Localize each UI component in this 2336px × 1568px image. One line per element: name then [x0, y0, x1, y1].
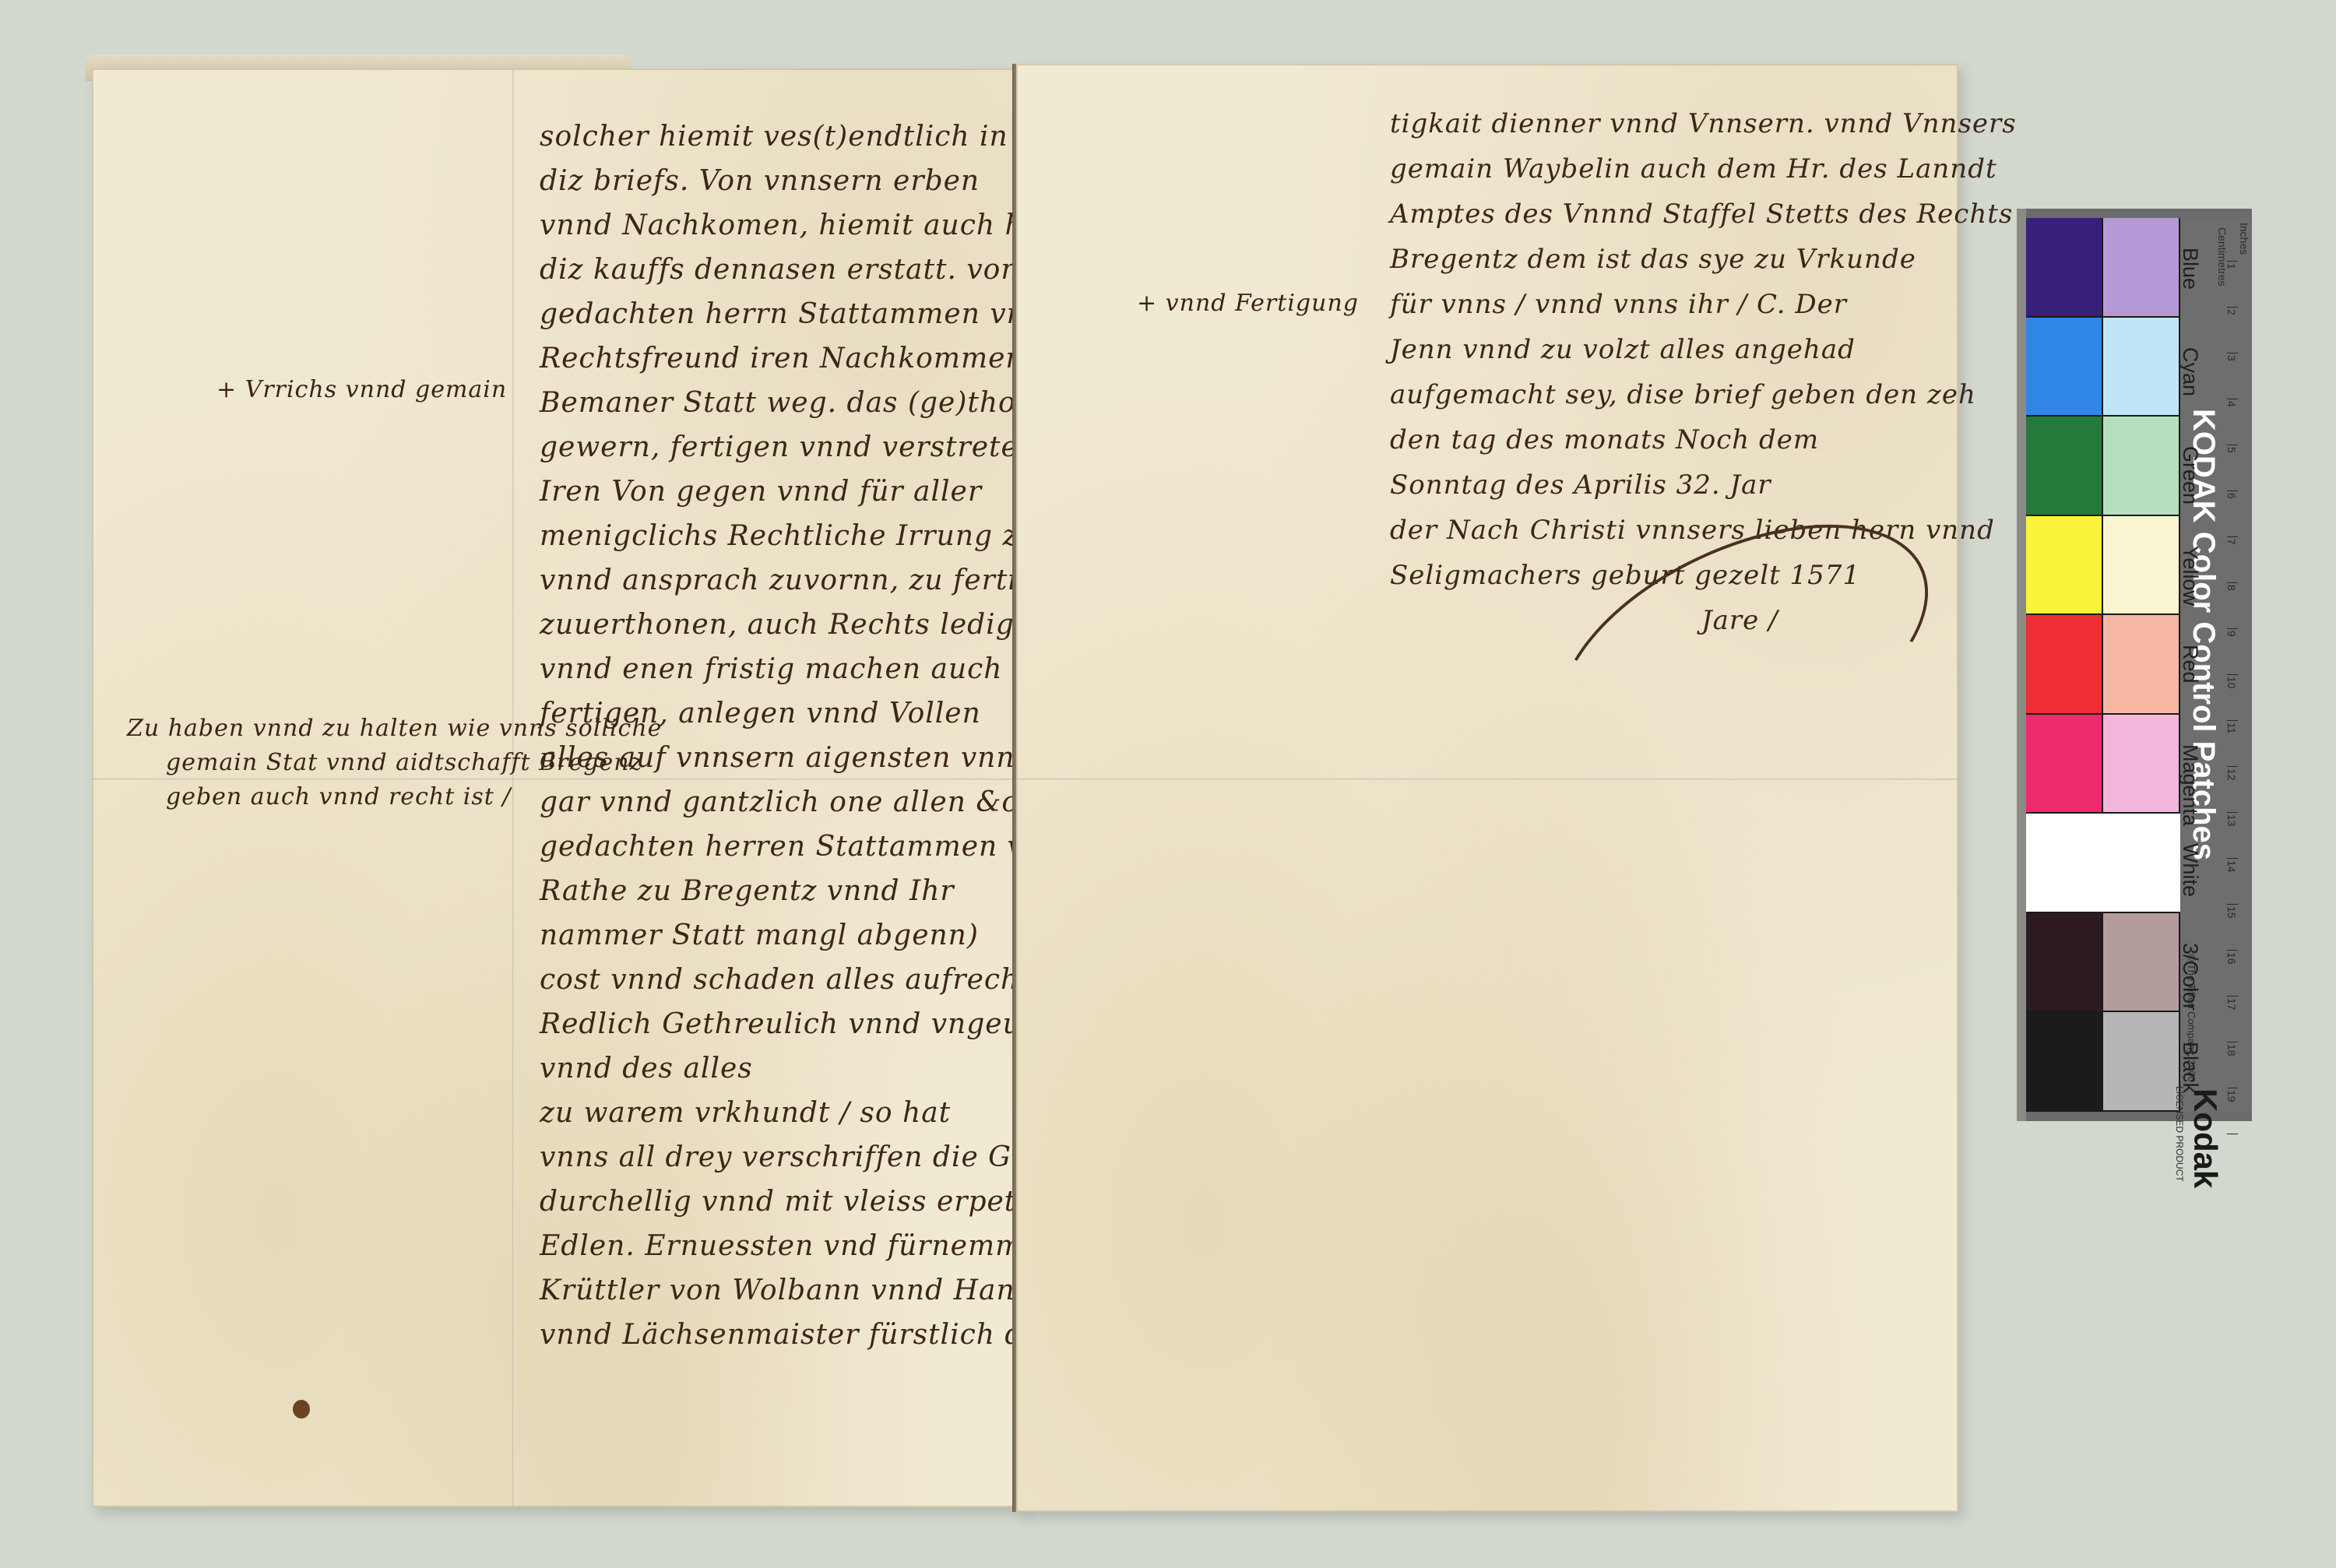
ruler-tick: [2227, 720, 2238, 721]
manuscript-line: Rathe zu Bregentz vnnd Ihr: [540, 877, 955, 905]
cm-tick-label: 17: [2225, 998, 2238, 1011]
manuscript-right-page: + vnnd Fertigungtigkait dienner vnnd Vnn…: [1016, 64, 1958, 1512]
chart-edge: [2017, 209, 2026, 1121]
ruler-tick: [2227, 812, 2238, 813]
manuscript-line: vnnd des alles: [540, 1055, 753, 1083]
manuscript-line: gewern, fertigen vnnd verstreten: [540, 434, 1007, 462]
manuscript-line: diz briefs. Von vnnsern erben: [540, 167, 980, 195]
cm-tick-label: 4: [2225, 401, 2238, 407]
manuscript-line: Sonntag des Aprilis 32. Jar: [1390, 472, 1771, 498]
manuscript-line: Bregentz dem ist das sye zu Vrkunde: [1390, 246, 1916, 272]
manuscript-line: zuuerthonen, auch Rechts ledig: [540, 611, 1007, 639]
manuscript-line: Bemaner Statt weg. das (ge)thon: [540, 389, 1007, 417]
manuscript-line: aufgemacht sey, dise brief geben den zeh: [1390, 381, 1976, 408]
manuscript-line: gedachten herrn Stattammen vnnd: [540, 301, 1007, 329]
ruler-tick: [2227, 582, 2238, 583]
inches-label: Inches: [2238, 223, 2250, 255]
manuscript-line: tigkait dienner vnnd Vnnsern. vnnd Vnnse…: [1390, 111, 2017, 137]
manuscript-line: Redlich Gethreulich vnnd vngeuerlich: [540, 1011, 1007, 1039]
color-label: White: [2178, 843, 2202, 897]
patch-black-light: [2103, 1012, 2180, 1110]
chart-label-strip: Inches Centimetres KODAK Color Control P…: [2180, 218, 2252, 1112]
color-patches: [2026, 218, 2180, 1112]
ruler-tick: [2227, 996, 2238, 997]
cm-tick-label: 18: [2225, 1044, 2238, 1056]
patch-row-white: [2026, 814, 2180, 913]
color-label: 3/Color: [2178, 943, 2202, 1011]
manuscript-line: für vnns / vnnd vnns ihr / C. Der: [1390, 291, 1847, 318]
manuscript-line: Edlen. Ernuessten vnd fürnemmen Ulrich: [540, 1232, 1007, 1260]
manuscript-line: menigclichs Rechtliche Irrung zu: [540, 522, 1007, 550]
ruler-tick: [2227, 307, 2238, 308]
kodak-color-control-chart: Inches Centimetres KODAK Color Control P…: [2017, 209, 2252, 1121]
manuscript-line: den tag des monats Noch dem: [1390, 427, 1819, 453]
ruler-tick: [2227, 1088, 2238, 1088]
cm-tick-label: 11: [2225, 722, 2238, 734]
manuscript-line: gar vnnd gantzlich one allen &c.: [540, 789, 1007, 817]
cm-tick-label: 3: [2225, 355, 2238, 361]
cm-tick-label: 12: [2225, 768, 2238, 781]
manuscript-line: vnnd enen fristig machen auch: [540, 656, 1003, 684]
manuscript-line: Rechtsfreund iren Nachkommen der: [540, 345, 1007, 373]
ruler-tick: [2227, 353, 2238, 353]
patch-magenta-light: [2103, 715, 2180, 813]
ruler-tick: [2227, 1042, 2238, 1042]
cm-tick-label: 2: [2225, 309, 2238, 315]
ink-stain: [293, 1400, 310, 1419]
manuscript-line: diz kauffs dennasen erstatt. von: [540, 256, 1007, 284]
patch-yellow-light: [2103, 516, 2180, 614]
manuscript-line: cost vnnd schaden alles aufrecht: [540, 966, 1007, 994]
cm-tick-label: 6: [2225, 493, 2238, 499]
patch-row-black: [2026, 1012, 2180, 1112]
manuscript-line: vnns all drey verschriffen die Gaisberg: [540, 1144, 1007, 1172]
patch-row-green: [2026, 417, 2180, 516]
patch-row-3-color: [2026, 913, 2180, 1013]
ruler-tick: [2227, 766, 2238, 767]
ruler-tick: [2227, 674, 2238, 675]
manuscript-line: der Nach Christi vnnsers lieben hern vnn…: [1390, 517, 1995, 543]
cm-tick-label: 9: [2225, 631, 2238, 637]
cm-tick-label: 15: [2225, 906, 2238, 919]
manuscript-line: vnnd Lächsenmaister fürstlich durchlauch: [540, 1321, 1007, 1349]
vertical-fold-line: [512, 69, 515, 1507]
manuscript-line: Amptes des Vnnnd Staffel Stetts des Rech…: [1390, 201, 2013, 227]
cm-tick-label: 19: [2225, 1090, 2238, 1102]
patch-magenta-dark: [2026, 715, 2103, 813]
color-label: Black: [2178, 1042, 2202, 1093]
color-label: Green: [2178, 446, 2202, 505]
color-label: Red: [2178, 645, 2202, 684]
licensed-product-label: LICENSED PRODUCT: [2174, 1086, 2185, 1182]
manuscript-line: zu warem vrkhundt / so hat: [540, 1099, 951, 1127]
manuscript-line: fertigen, anlegen vnnd Vollen: [540, 700, 981, 728]
patch-green-light: [2103, 417, 2180, 515]
margin-note: + vnnd Fertigung: [1137, 290, 1359, 317]
patch-blue-dark: [2026, 218, 2103, 316]
manuscript-line: nammer Statt mangl abgenn): [540, 922, 979, 950]
manuscript-line: gedachten herren Stattammen vnd: [540, 833, 1007, 861]
patch-green-dark: [2026, 417, 2103, 515]
cm-tick-label: 14: [2225, 860, 2238, 873]
patch-row-cyan: [2026, 318, 2180, 417]
ruler-tick: [2227, 490, 2238, 491]
centimetres-label: Centimetres: [2216, 227, 2229, 286]
patch-yellow-dark: [2026, 516, 2103, 614]
patch-row-blue: [2026, 218, 2180, 318]
manuscript-line: gemain Waybelin auch dem Hr. des Lanndt: [1390, 156, 1997, 182]
kodak-logo: Kodak: [2186, 1088, 2224, 1188]
ruler-tick: [2227, 261, 2238, 262]
ruler-tick: [2227, 904, 2238, 905]
ruler-tick: [2227, 858, 2238, 859]
ruler-tick: [2227, 445, 2238, 445]
ruler-tick: [2227, 950, 2238, 951]
ruler-tick: [2227, 628, 2238, 629]
patch-red-light: [2103, 615, 2180, 713]
manuscript-line: Iren Von gegen vnnd für aller: [540, 478, 982, 506]
patch-white: [2026, 814, 2180, 912]
patch-red-dark: [2026, 615, 2103, 713]
cm-tick-label: 16: [2225, 952, 2238, 965]
margin-note-line: geben auch vnnd recht ist /: [166, 783, 511, 810]
horizontal-fold-line: [1016, 779, 1958, 781]
cm-tick-label: 7: [2225, 539, 2238, 545]
patch-row-yellow: [2026, 516, 2180, 616]
manuscript-line: vnnd ansprach zuvornn, zu fertig: [540, 567, 1007, 595]
patch-black-dark: [2026, 1012, 2103, 1110]
color-label: Blue: [2178, 248, 2202, 290]
patch-3-color-light: [2103, 913, 2180, 1011]
cm-tick-label: 10: [2225, 677, 2238, 689]
patch-row-red: [2026, 615, 2180, 715]
horizontal-fold-line: [92, 779, 1022, 781]
manuscript-line: alles auf vnnsern aigensten vnnd: [540, 744, 1007, 772]
patch-3-color-dark: [2026, 913, 2103, 1011]
manuscript-line: vnnd Nachkomen, hiemit auch hierauff: [540, 212, 1007, 240]
color-label: Magenta: [2178, 744, 2202, 826]
color-label: Cyan: [2178, 347, 2202, 396]
patch-blue-light: [2103, 218, 2180, 316]
manuscript-left-page: + Vrrichs vnnd gemainZu haben vnnd zu ha…: [92, 69, 1022, 1507]
cm-tick-label: 8: [2225, 585, 2238, 591]
cm-tick-label: 1: [2225, 263, 2238, 269]
patch-row-magenta: [2026, 715, 2180, 814]
patch-cyan-light: [2103, 318, 2180, 416]
manuscript-line: durchellig vnnd mit vleiss erpetten, die: [540, 1188, 1007, 1216]
ruler-tick: [2227, 1134, 2238, 1134]
ruler-tick: [2227, 399, 2238, 399]
patch-cyan-dark: [2026, 318, 2103, 416]
cm-tick-label: 5: [2225, 447, 2238, 453]
manuscript-line: Krüttler von Wolbann vnnd Hanns Leman: [540, 1277, 1007, 1305]
margin-note: + Vrrichs vnnd gemain: [216, 376, 507, 403]
color-label: Yellow: [2178, 546, 2202, 606]
manuscript-line: solcher hiemit ves(t)endtlich in Crafft: [540, 123, 1007, 151]
ruler-tick: [2227, 536, 2238, 537]
manuscript-line: Jenn vnnd zu volzt alles angehad: [1390, 336, 1856, 363]
cm-tick-label: 13: [2225, 814, 2238, 827]
